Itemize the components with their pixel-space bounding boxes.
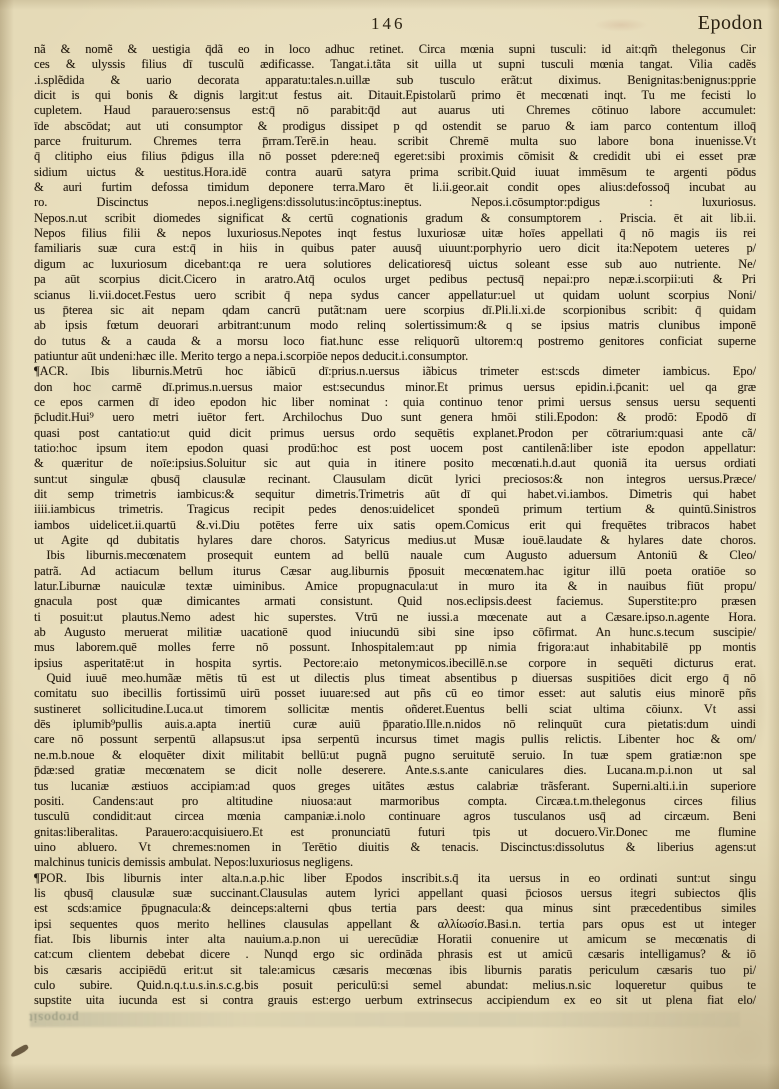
text-line: familiaris suæ cura est:q̄ in hiis in qu… <box>34 241 756 256</box>
text-line: sidium uictus & uestitus.Hora.idē contra… <box>34 165 756 180</box>
text-line: comitatu suo ibecillis fortissimū uirū p… <box>34 686 756 701</box>
text-line: parce fruiturum. Chremes terra p̄rram.Te… <box>34 134 756 149</box>
text-line: iiii.iambicus trimetris. Tragicus recipi… <box>34 502 756 517</box>
text-line: sunt:ut singulæ qbusq̄ clausulæ recinant… <box>34 472 756 487</box>
text-line: Ibis liburnis.mecœnatem prosequit euntem… <box>34 548 756 563</box>
text-line: dicit is qui bonis & dignis largit:ut fe… <box>34 88 756 103</box>
text-line: scianus li.vii.docet.Festus uero scribit… <box>34 288 756 303</box>
text-line: Quid iuuē meo.humãæ mētis tū est ut dile… <box>34 671 756 686</box>
show-through-band <box>30 1012 740 1027</box>
book-page: 146 Epodon nã & nomẽ & uestigia q̄dã eo … <box>0 0 779 1089</box>
text-line: & auri furtim defossa timidum deponere t… <box>34 180 756 195</box>
text-line: īde abscōdat; aut uti consumptor & prodi… <box>34 119 756 134</box>
text-line: malchinus tunicis demissis ambulat. Nepo… <box>34 855 756 870</box>
text-line: patiuntur aūt undeni:hæc ille. Merito te… <box>34 349 756 364</box>
text-line: ne.m.b.noue & eloquēter dixit militabit … <box>34 748 756 763</box>
text-line: iambos uidelicet.ii.quartū &.vi.Diu potē… <box>34 518 756 533</box>
text-line: tus lucaniæ æstiuos accipiam:ad quos gre… <box>34 779 756 794</box>
text-line: ti posuit:ut plautus.Nemo adest hic supe… <box>34 610 756 625</box>
text-line: bis cæsaris accipiēdū erit:ut sit tale:a… <box>34 963 756 978</box>
text-line: & quæritur de noīe:ipsius.Soluitur sic a… <box>34 456 756 471</box>
text-line: don hoc carmē dī.primus.n.uersus maior e… <box>34 380 756 395</box>
text-line: ut Agite qd dubitatis hylares dare choro… <box>34 533 756 548</box>
text-line: est scds:amice p̄pugnacula:& deinceps:al… <box>34 901 756 916</box>
text-line: ce epos carmen dī ideo epodon hic liber … <box>34 395 756 410</box>
text-line: ipsius asperitatē:ut in hospita syrtis. … <box>34 656 756 671</box>
show-through-text: proposit <box>28 1010 79 1026</box>
text-line: latur.Liburnæ nauiculæ textæ uiminibus. … <box>34 579 756 594</box>
text-line: tusculū condidit:aut circea mœnia campan… <box>34 809 756 824</box>
text-line: p̄dæ:sed gratiæ mecœnatem se dicit nolle… <box>34 763 756 778</box>
text-line: gnitas:liberalitas. Parauero:acquisiuero… <box>34 825 756 840</box>
text-line: culo subire. Quid.n.q.t.u.s.in.s.c.g.bis… <box>34 978 756 993</box>
text-line: ¶POR. Ibis liburnis inter alta.n.a.p.hic… <box>34 871 756 886</box>
text-line: nã & nomẽ & uestigia q̄dã eo in loco adh… <box>34 42 756 57</box>
text-line: ces & ulyssis filius dī tusculũ ædificas… <box>34 57 756 72</box>
text-line: positi. Candens:aut pro altitudine niuos… <box>34 794 756 809</box>
text-line: digum ac luxuriosum dicebant:qa re uera … <box>34 257 756 272</box>
text-line: us p̄terea sic ait nepam qdam cancrū put… <box>34 303 756 318</box>
text-line: q̄ clitipho eius filius p̄digus illa nō … <box>34 149 756 164</box>
text-line: supstite uita iucunda est si contra grau… <box>34 993 756 1008</box>
text-line: ¶ACR. Ibis liburnis.Metrū hoc iãbicū dī:… <box>34 364 756 379</box>
text-line: dit semp trimetris iambicus:& sequitur d… <box>34 487 756 502</box>
text-line: Nepos filius filii & nepos luxuriosus.Ne… <box>34 226 756 241</box>
text-line: do tutus & a cauda & a morsu loco fiat.h… <box>34 334 756 349</box>
text-line: p̄cludit.Hui⁹ uero metri iuētor fert. Ar… <box>34 410 756 425</box>
text-line: ab ipsis fœtum deuorari arbitrant:unum m… <box>34 318 756 333</box>
show-through-stain <box>585 16 657 34</box>
text-line: gnacula post quæ dimicantes armati consi… <box>34 594 756 609</box>
text-line: mus laborem.quē molles ferre nō possunt.… <box>34 640 756 655</box>
text-line: ab Augusto meruerat militiæ uacationē qu… <box>34 625 756 640</box>
text-line: care nō possunt serpentū allapsus:ut ips… <box>34 732 756 747</box>
text-line: ipsi sequentes quos merito hellines clau… <box>34 917 756 932</box>
text-line: patrã. Ad actiacum bellum iturus Cæsar a… <box>34 564 756 579</box>
text-line: sustineret sollicitudine.Luca.ut timorem… <box>34 702 756 717</box>
text-line: Nepos.n.ut scribit diomedes significat &… <box>34 211 756 226</box>
text-line: pa aūt scorpius dicit.Cicero in aratro.A… <box>34 272 756 287</box>
text-line: cupletem. Haud parauero:sensus est:q̄ nō… <box>34 103 756 118</box>
folio-number: 146 <box>371 14 406 34</box>
text-line: quasi post cantatio:ut quid dicit primus… <box>34 426 756 441</box>
running-title: Epodon <box>698 12 763 35</box>
text-block: nã & nomẽ & uestigia q̄dã eo in loco adh… <box>34 42 756 1009</box>
text-line: ro. Discinctus nepos.i.negligens:dissolu… <box>34 195 756 210</box>
text-line: tatio:hoc ipsum item epodon quasi prodū:… <box>34 441 756 456</box>
text-line: .i.splẽdida & uario decorata apparatu:ta… <box>34 73 756 88</box>
text-line: fiat. Ibis liburnis inter alta nauium.a.… <box>34 932 756 947</box>
text-line: uino abluero. Vt chremes:nomen in Terēti… <box>34 840 756 855</box>
text-line: dēs iplumib⁹pullis auis.a.apta inertiū c… <box>34 717 756 732</box>
text-line: lis qbusq̄ clausulæ suæ succinant.Clausu… <box>34 886 756 901</box>
ink-stroke-mark <box>10 1044 30 1058</box>
text-line: cat:cum clientem debebat dicere . Nunqd … <box>34 947 756 962</box>
